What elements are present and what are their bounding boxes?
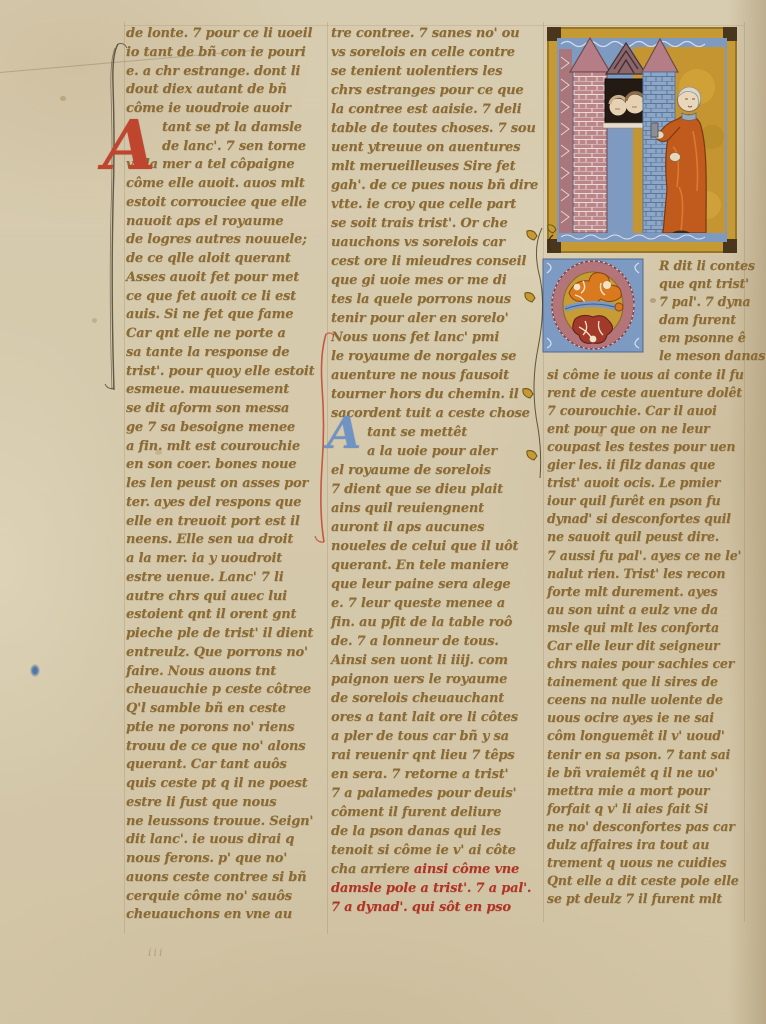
text-line: esmeue. mauuesement — [126, 382, 328, 401]
text-line: côm longuemêt il v' uoud' — [547, 728, 747, 746]
text-line: msle qui mlt les conforta — [547, 620, 747, 638]
text-line: tant se mettêt — [331, 425, 536, 444]
text-line: 7 aussi fu pal'. ayes ce ne le' — [547, 548, 747, 566]
text-line: nauoit aps el royaume — [126, 214, 328, 233]
text-line: ptie ne porons no' riens — [126, 720, 328, 739]
initial-letter-A-blue: A — [327, 412, 361, 456]
text-line: la contree est aaisie. 7 deli — [331, 102, 536, 121]
text-line: que gi uoie mes or me di — [331, 273, 536, 292]
text-line: rent de ceste auenture dolêt — [547, 385, 747, 403]
text-line: ge 7 sa besoigne menee — [126, 420, 328, 439]
text-line: fin. au pfit de la table roô — [331, 615, 536, 634]
text-line: sacordent tuit a ceste chose — [331, 406, 536, 425]
text-line: Nous uons fet lanc' pmi — [331, 330, 536, 349]
text-line: estre uenue. Lanc' 7 li — [126, 570, 328, 589]
text-line: de la pson danas qui les — [331, 824, 536, 843]
text-line: dit lanc'. ie uous dirai q — [126, 832, 328, 851]
text-line: damsle pole a trist'. 7 a pal'. — [331, 881, 536, 900]
text-line: trist'. pour quoy elle estoit — [126, 364, 328, 383]
text-line: tainement que li sires de — [547, 674, 747, 692]
text-line: de sorelois cheuauchant — [331, 691, 536, 710]
text-line: nalut rien. Trist' les recon — [547, 566, 747, 584]
text-line: el royaume de sorelois — [331, 463, 536, 482]
text-line: ce que fet auoit ce li est — [126, 289, 328, 308]
text-line: entreulz. Que porrons no' — [126, 645, 328, 664]
text-line: vs la mer a tel côpaigne — [126, 157, 328, 176]
text-line: de logres autres nouuele; — [126, 232, 328, 251]
text-line: tourner hors du chemin. il — [331, 387, 536, 406]
text-line: cest ore li mieudres conseil — [331, 254, 536, 273]
text-line: de. 7 a lonneur de tous. — [331, 634, 536, 653]
text-line: rai reuenir qnt lieu 7 têps — [331, 748, 536, 767]
text-line: querant. En tele maniere — [331, 558, 536, 577]
text-line: a pler de tous car bñ y sa — [331, 729, 536, 748]
text-line: Ainsi sen uont li iiij. com — [331, 653, 536, 672]
text-line: forte mlt durement. ayes — [547, 584, 747, 602]
text-line: ter. ayes del respons que — [126, 495, 328, 514]
text-line: table de toutes choses. 7 sou — [331, 121, 536, 140]
text-line: neens. Elle sen ua droit — [126, 532, 328, 551]
text-line: Car qnt elle ne porte a — [126, 326, 328, 345]
text-line: dynad' si desconfortes quil — [547, 511, 747, 529]
text-line: côme elle auoit. auos mlt — [126, 176, 328, 195]
text-line: se dit aform son messa — [126, 401, 328, 420]
text-line: trouu de ce que no' alons — [126, 739, 328, 758]
text-line: coupast les testes pour uen — [547, 439, 747, 457]
text-line: tenir pour aler en sorelo' — [331, 311, 536, 330]
text-line: e. a chr estrange. dont li — [126, 64, 328, 83]
text-line: ores a tant lait ore li côtes — [331, 710, 536, 729]
text-line: ains quil reuiengnent — [331, 501, 536, 520]
text-line: tant se pt la damsle — [126, 120, 328, 139]
text-line: côme ie uoudroie auoir — [126, 101, 328, 120]
text-line: auenture ne nous fausoit — [331, 368, 536, 387]
text-line: elle en treuoit port est il — [126, 514, 328, 533]
text-line: paignon uers le royaume — [331, 672, 536, 691]
initial-letter-A-red: A — [103, 112, 156, 180]
miniature — [547, 27, 737, 253]
ivy-sprigs-margin — [520, 228, 546, 478]
text-line: le royaume de norgales se — [331, 349, 536, 368]
text-line: auront il aps aucunes — [331, 520, 536, 539]
miniature-tower-left — [570, 38, 610, 233]
text-line: chrs estranges pour ce que — [331, 83, 536, 102]
text-line: iour quil furêt en pson fu — [547, 493, 747, 511]
text-line: se tenient uolentiers les — [331, 64, 536, 83]
text-line: tenir en sa pson. 7 tant sai — [547, 747, 747, 765]
text-line: vtte. ie croy que celle part — [331, 197, 536, 216]
text-line: ne leussons trouue. Seign' — [126, 814, 328, 833]
text-line: côment il furent deliure — [331, 805, 536, 824]
text-line: de lanc'. 7 sen torne — [126, 139, 328, 158]
text-line: nous ferons. p' que no' — [126, 851, 328, 870]
text-line: ie bñ vraiemêt q il ne uo' — [547, 765, 747, 783]
initial-letter-O-decorated — [539, 257, 647, 355]
text-line: en son coer. bones noue — [126, 457, 328, 476]
text-line: dout diex autant de bñ — [126, 82, 328, 101]
text-line: au son uint a eulz vne da — [547, 602, 747, 620]
text-line: en sera. 7 retorne a trist' — [331, 767, 536, 786]
text-line: mlt merueilleuses Sire fet — [331, 159, 536, 178]
text-line: vs sorelois en celle contre — [331, 45, 536, 64]
text-line: les len peust on asses por — [126, 476, 328, 495]
text-line: si côme ie uous ai conte il fu — [547, 367, 747, 385]
text-line: ne no' desconfortes pas car — [547, 819, 747, 837]
text-line: e. 7 leur queste menee a — [331, 596, 536, 615]
brown-speck — [60, 96, 66, 101]
text-line: trement q uous ne cuidies — [547, 855, 747, 873]
text-line: Q'l samble bñ en ceste — [126, 701, 328, 720]
text-line: autre chrs qui auec lui — [126, 589, 328, 608]
text-column-3: R dit li contesque qnt trist'7 pal'. 7 d… — [547, 258, 747, 909]
text-line: dulz affaires ira tout au — [547, 837, 747, 855]
text-line: mettra mie a mort pour — [547, 783, 747, 801]
text-line: de lonte. 7 pour ce li uoeil — [126, 26, 328, 45]
text-column-2: tre contree. 7 sanes no' ouvs sorelois e… — [331, 26, 536, 919]
text-line: estoit corrouciee que elle — [126, 195, 328, 214]
text-line: sa tante la response de — [126, 345, 328, 364]
text-line: uent ytreuue on auentures — [331, 140, 536, 159]
text-line: se soit trais trist'. Or che — [331, 216, 536, 235]
text-line: Asses auoit fet pour met — [126, 270, 328, 289]
text-line: querant. Car tant auôs — [126, 757, 328, 776]
text-line: 7 a palamedes pour deuis' — [331, 786, 536, 805]
text-line: cheuauchons en vne au — [126, 907, 328, 926]
text-line: auons ceste contree si bñ — [126, 870, 328, 889]
text-line: que leur paine sera alege — [331, 577, 536, 596]
text-line: auis. Si ne fet que fame — [126, 307, 328, 326]
text-line: estoient qnt il orent gnt — [126, 607, 328, 626]
text-line: quis ceste pt q il ne poest — [126, 776, 328, 795]
text-line: 7 courouchie. Car il auoi — [547, 403, 747, 421]
text-line: uauchons vs sorelois car — [331, 235, 536, 254]
text-line: io tant de bñ con ie pouri — [126, 45, 328, 64]
text-line: ent pour que on ne leur — [547, 421, 747, 439]
text-line: se pt deulz 7 il furent mlt — [547, 891, 747, 909]
miniature-left-pilaster — [559, 49, 572, 235]
cadel-flourish-column1 — [102, 42, 128, 392]
text-line: estre li fust que nous — [126, 795, 328, 814]
brown-speck — [92, 318, 97, 323]
text-line: tes la quele porrons nous — [331, 292, 536, 311]
text-line: forfait q v' li aies fait Si — [547, 801, 747, 819]
text-line: gier les. ii filz danas que — [547, 457, 747, 475]
text-line: a fin. mlt est courouchie — [126, 439, 328, 458]
text-line: cha arriere ainsi côme vne — [331, 862, 536, 881]
text-line: trist' auoit ocis. Le pmier — [547, 475, 747, 493]
text-line: cheuauchie p ceste côtree — [126, 682, 328, 701]
text-line: 7 dient que se dieu plait — [331, 482, 536, 501]
text-line: chrs naies pour sachies cer — [547, 656, 747, 674]
text-line: cerquie côme no' sauôs — [126, 889, 328, 908]
text-line: a la mer. ia y uoudroit — [126, 551, 328, 570]
text-line: Qnt elle a dit ceste pole elle — [547, 873, 747, 891]
text-line: ne sauoit quil peust dire. — [547, 529, 747, 547]
text-line: Car elle leur dit seigneur — [547, 638, 747, 656]
text-line: uous ocire ayes ie ne sai — [547, 710, 747, 728]
miniature-blue-ground — [557, 233, 727, 242]
folio-mark: iii — [148, 946, 165, 959]
text-column-1: de lonte. 7 pour ce li uoeilio tant de b… — [126, 26, 328, 926]
text-line: a la uoie pour aler — [331, 444, 536, 463]
text-line: tre contree. 7 sanes no' ou — [331, 26, 536, 45]
manuscript-page: de lonte. 7 pour ce li uoeilio tant de b… — [0, 0, 766, 1024]
text-line: noueles de celui que il uôt — [331, 539, 536, 558]
text-line: faire. Nous auons tnt — [126, 664, 328, 683]
text-line: tenoit si côme ie v' ai côte — [331, 843, 536, 862]
text-line: ceens na nulle uolente de — [547, 692, 747, 710]
text-line: pieche ple de trist' il dient — [126, 626, 328, 645]
text-line: gah'. de ce pues nous bñ dire — [331, 178, 536, 197]
blue-ink-stain — [30, 664, 40, 677]
text-line: de ce qlle aloit querant — [126, 251, 328, 270]
text-line: 7 a dynad'. qui sôt en pso — [331, 900, 536, 919]
